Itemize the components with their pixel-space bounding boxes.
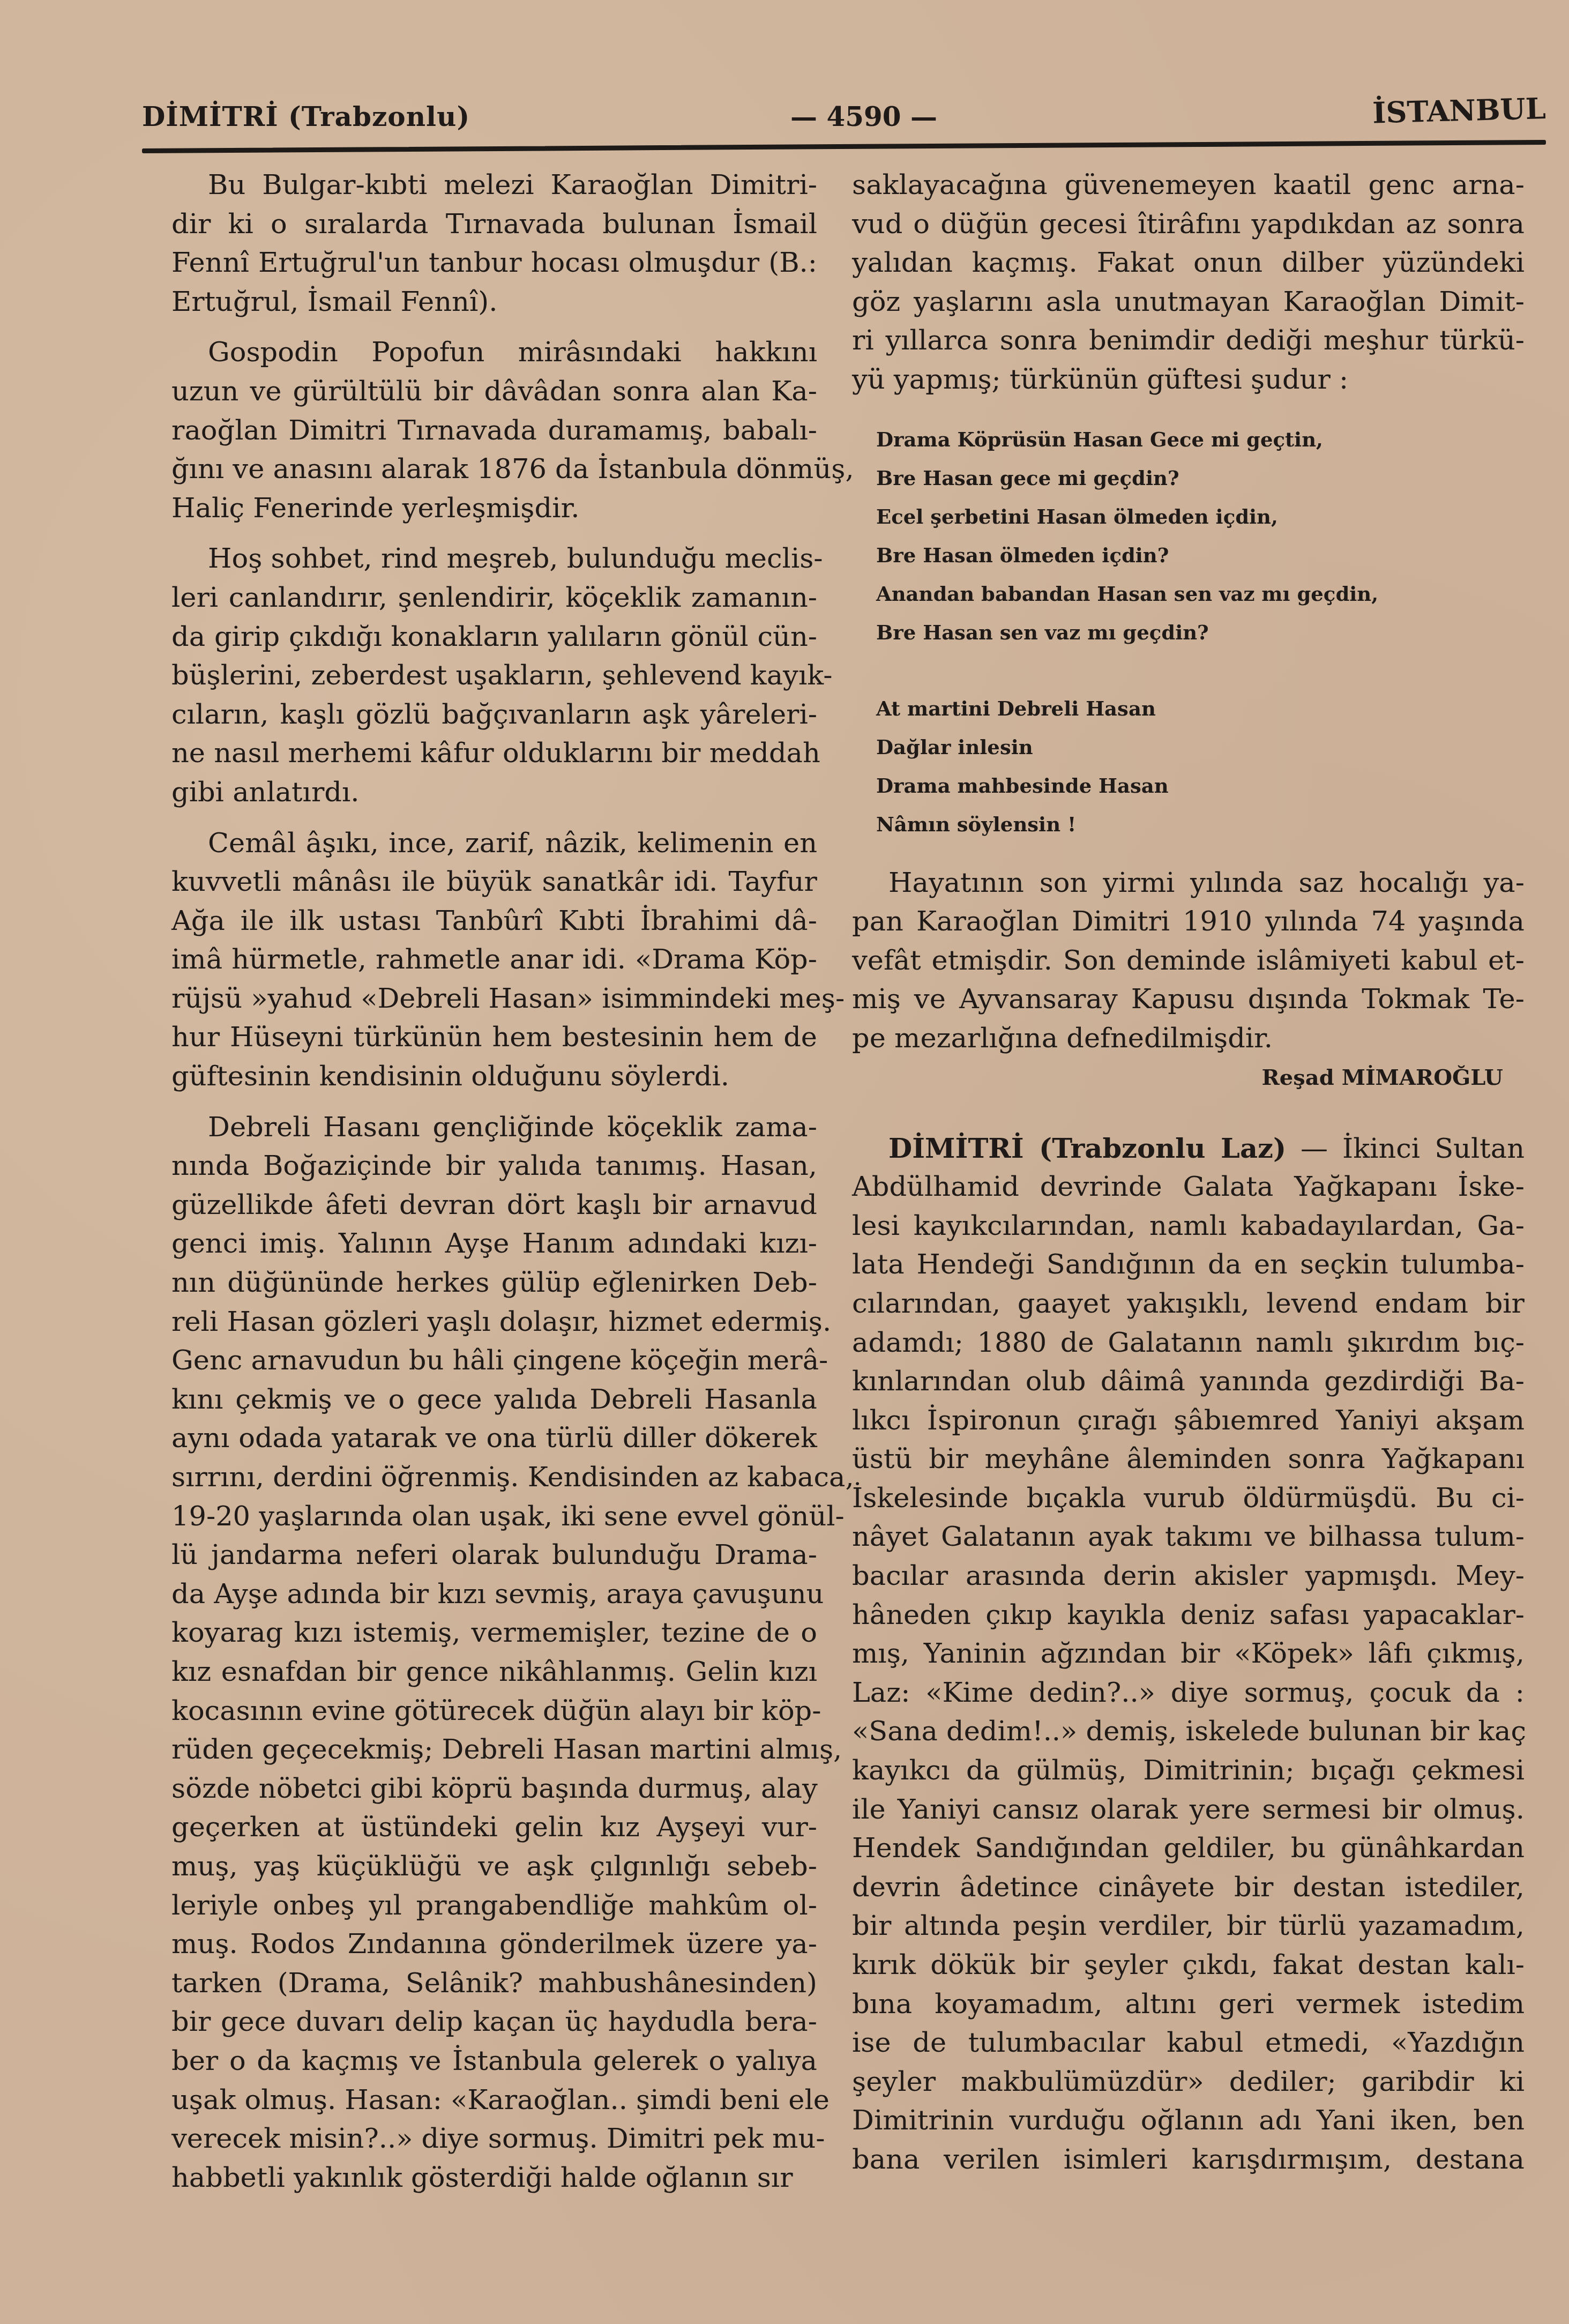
left-column: Bu Bulgar-kıbti melezi Karaoğlan Dimitri… [171,166,817,2198]
text-line: raoğlan Dimitri Tırnavada duramamış, bab… [171,412,817,451]
text-line: da Ayşe adında bir kızı sevmiş, araya ça… [171,1575,817,1614]
paragraph: Cemâl âşıkı, ince, zarif, nâzik, kelimen… [171,824,817,1097]
text-line: leri canlandırır, şenlendirir, köçeklik … [171,579,817,618]
text-line: yalıdan kaçmış. Fakat onun dilber yüzünd… [852,244,1525,283]
text-line: ri yıllarca sonra benimdir dediği meşhur… [852,322,1525,361]
text-line: Hoş sohbet, rind meşreb, bulunduğu mecli… [171,540,817,579]
text-line: kırık dökük bir şeyler çıkdı, fakat dest… [852,1946,1525,1985]
text-line: yü yapmış; türkünün güftesi şudur : [852,361,1525,400]
text-line: kınlarından olub dâimâ yanında gezdirdiğ… [852,1362,1525,1402]
text-line: sözde nöbetci gibi köprü başında durmuş,… [171,1770,817,1809]
author-signature: Reşad MİMAROĞLU [852,1059,1525,1097]
text-line: bana verilen isimleri karışdırmışım, des… [852,2141,1525,2180]
text-line: uzun ve gürültülü bir dâvâdan sonra alan… [171,373,817,412]
verse-line: Anandan babandan Hasan sen vaz mı geçdin… [876,575,1525,613]
verse-line: Drama Köprüsün Hasan Gece mi geçtin, [876,420,1525,459]
text-line: pan Karaoğlan Dimitri 1910 yılında 74 ya… [852,903,1525,942]
text-line: Haliç Fenerinde yerleşmişdir. [171,489,817,528]
verse-stanza-2: At martini Debreli HasanDağlar inlesinDr… [852,689,1525,844]
verse-line: Nâmın söylensin ! [876,805,1525,844]
text-line: kocasının evine götürecek düğün alayı bi… [171,1692,817,1731]
text-line: bacılar arasında derin akisler yapmışdı.… [852,1557,1525,1596]
entry-dimitri-trabzonlu-laz: DİMİTRİ (Trabzonlu Laz) — İkinci Sultan … [852,1129,1525,2180]
text-line: Dimitrinin vurduğu oğlanın adı Yani iken… [852,2102,1525,2141]
text-line: ber o da kaçmış ve İstanbula gelerek o y… [171,2042,817,2081]
text-line: da girip çıkdığı konakların yalıların gö… [171,618,817,657]
text-line: Fennî Ertuğrul'un tanbur hocası olmuşdur… [171,244,817,283]
text-line: kuvvetli mânâsı ile büyük sanatkâr idi. … [171,863,817,902]
text-line: gibi anlatırdı. [171,773,817,813]
text-line: muş. Rodos Zındanına gönderilmek üzere y… [171,1925,817,1964]
entry2-first-line: DİMİTRİ (Trabzonlu Laz) — İkinci Sultan [852,1129,1525,1168]
text-line: Hayatının son yirmi yılında saz hocalığı… [852,864,1525,903]
verse-line: Bre Hasan ölmeden içdin? [876,536,1525,575]
text-line: Abdülhamid devrinde Galata Yağkapanı İsk… [852,1168,1525,1207]
text-line: güftesinin kendisinin olduğunu söylerdi. [171,1057,817,1097]
page-number: — 4590 — [790,101,937,132]
entry2-title: DİMİTRİ (Trabzonlu Laz) [888,1133,1286,1165]
paragraph: Gospodin Popofun mirâsındaki hakkınıuzun… [171,333,817,528]
text-line: tarken (Drama, Selânik? mahbushânesinden… [171,1964,817,2003]
text-line: şeyler makbulümüzdür» dediler; garibdir … [852,2063,1525,2102]
text-line: verecek misin?..» diye sormuş. Dimitri p… [171,2120,817,2159]
text-line: leriyle onbeş yıl prangabendliğe mahkûm … [171,1887,817,1926]
text-line: ile Yaniyi cansız olarak yere sermesi bi… [852,1791,1525,1830]
text-line: dir ki o sıralarda Tırnavada bulunan İsm… [171,205,817,244]
paragraph: Debreli Hasanı gençliğinde köçeklik zama… [171,1108,817,2198]
text-line: Ağa ile ilk ustası Tanbûrî Kıbti İbrahim… [171,902,817,941]
text-line: Genc arnavudun bu hâli çingene köçeğin m… [171,1342,817,1381]
text-line: nâyet Galatanın ayak takımı ve bilhassa … [852,1518,1525,1557]
text-line: lıkcı İspironun çırağı şâbıemred Yaniyi … [852,1402,1525,1441]
paragraph: Bu Bulgar-kıbti melezi Karaoğlan Dimitri… [171,166,817,322]
text-line: «Sana dedim!..» demiş, iskelede bulunan … [852,1712,1525,1752]
verse-line: Bre Hasan gece mi geçdin? [876,459,1525,497]
text-line: ğını ve anasını alarak 1876 da İstanbula… [171,450,817,489]
text-line: koyarag kızı istemiş, vermemişler, tezin… [171,1614,817,1653]
text-line: vefât etmişdir. Son deminde islâmiyeti k… [852,942,1525,981]
text-line: Laz: «Kime dedin?..» diye sormuş, çocuk … [852,1674,1525,1713]
text-line: saklayacağına güvenemeyen kaatil genc ar… [852,166,1525,205]
text-line: güzellikde âfeti devran dört kaşlı bir a… [171,1186,817,1225]
text-line: adamdı; 1880 de Galatanın namlı şıkırdım… [852,1324,1525,1363]
paragraph: Hoş sohbet, rind meşreb, bulunduğu mecli… [171,540,817,812]
text-line: mış, Yaninin ağzından bir «Köpek» lâfı ç… [852,1635,1525,1674]
text-line: miş ve Ayvansaray Kapusu dışında Tokmak … [852,980,1525,1019]
text-line: bına koyamadım, altını geri vermek isted… [852,1985,1525,2024]
text-line: imâ hürmetle, rahmetle anar idi. «Drama … [171,941,817,980]
text-line: cıların, kaşlı gözlü bağçıvanların aşk y… [171,696,817,735]
text-line: hur Hüseyni türkünün hem bestesinin hem … [171,1018,817,1057]
verse-stanza-1: Drama Köprüsün Hasan Gece mi geçtin,Bre … [852,420,1525,652]
text-line: reli Hasan gözleri yaşlı dolaşır, hizmet… [171,1303,817,1342]
closing-paragraph: Hayatının son yirmi yılında saz hocalığı… [852,864,1525,1059]
text-line: nında Boğaziçinde bir yalıda tanımış. Ha… [171,1147,817,1186]
text-line: rüjsü »yahud «Debreli Hasan» isimmindeki… [171,980,817,1019]
right-intro-paragraph: saklayacağına güvenemeyen kaatil genc ar… [852,166,1525,400]
text-line: aynı odada yatarak ve ona türlü diller d… [171,1419,817,1458]
text-line: ne nasıl merhemi kâfur olduklarını bir m… [171,734,817,773]
text-line: İskelesinde bıçakla vurub öldürmüşdü. Bu… [852,1479,1525,1518]
text-line: geçerken at üstündeki gelin kız Ayşeyi v… [171,1808,817,1848]
text-line: bir gece duvarı delip kaçan üç haydudla … [171,2003,817,2042]
text-line: rüden geçecekmiş; Debreli Hasan martini … [171,1731,817,1770]
text-line: kız esnafdan bir gence nikâhlanmış. Geli… [171,1653,817,1692]
text-line: hâneden çıkıp kayıkla deniz safası yapac… [852,1596,1525,1635]
text-line: 19-20 yaşlarında olan uşak, iki sene evv… [171,1498,817,1537]
text-line: Cemâl âşıkı, ince, zarif, nâzik, kelimen… [171,824,817,863]
text-line: cılarından, gaayet yakışıklı, levend end… [852,1285,1525,1324]
text-line: büşlerini, zeberdest uşakların, şehleven… [171,657,817,696]
text-line: bir altında peşin verdiler, bir türlü ya… [852,1907,1525,1946]
text-line: kayıkcı da gülmüş, Dimitrinin; bıçağı çe… [852,1752,1525,1791]
text-line: Hendek Sandığından geldiler, bu günâhkar… [852,1829,1525,1868]
text-line: genci imiş. Yalının Ayşe Hanım adındaki … [171,1225,817,1264]
text-line: pe mezarlığına defnedilmişdir. [852,1019,1525,1059]
text-line: Debreli Hasanı gençliğinde köçeklik zama… [171,1108,817,1148]
text-line: Ertuğrul, İsmail Fennî). [171,283,817,322]
text-line: göz yaşlarını asla unutmayan Karaoğlan D… [852,283,1525,322]
text-line: nın düğününde herkes gülüp eğlenirken De… [171,1264,817,1303]
verse-line: Dağlar inlesin [876,728,1525,766]
text-line: muş, yaş küçüklüğü ve aşk çılgınlığı seb… [171,1848,817,1887]
text-line: devrin âdetince cinâyete bir destan iste… [852,1868,1525,1908]
text-line: lü jandarma neferi olarak bulunduğu Dram… [171,1536,817,1575]
text-line: habbetli yakınlık gösterdiği halde oğlan… [171,2159,817,2198]
header-entry-title: DİMİTRİ (Trabzonlu) [142,101,470,132]
right-column: saklayacağına güvenemeyen kaatil genc ar… [852,166,1525,2180]
text-line: sırrını, derdini öğrenmiş. Kendisinden a… [171,1458,817,1498]
text-line: uşak olmuş. Hasan: «Karaoğlan.. şimdi be… [171,2081,817,2120]
entry2-title-rest: — İkinci Sultan [1286,1133,1525,1165]
header-volume-title: İSTANBUL [1372,91,1546,130]
book-page: DİMİTRİ (Trabzonlu) — 4590 — İSTANBUL Bu… [0,0,1569,2324]
text-line: lesi kayıkcılarından, namlı kabadayılard… [852,1207,1525,1246]
verse-line: Drama mahbesinde Hasan [876,766,1525,805]
text-line: kını çekmiş ve o gece yalıda Debreli Has… [171,1381,817,1420]
text-line: ise de tulumbacılar kabul etmedi, «Yazdı… [852,2024,1525,2063]
text-line: üstü bir meyhâne âleminden sonra Yağkapa… [852,1440,1525,1479]
text-line: vud o düğün gecesi îtirâfını yapdıkdan a… [852,205,1525,244]
text-line: Gospodin Popofun mirâsındaki hakkını [171,333,817,373]
text-line: lata Hendeği Sandığının da en seçkin tul… [852,1246,1525,1285]
verse-line: Ecel şerbetini Hasan ölmeden içdin, [876,497,1525,536]
text-line: Bu Bulgar-kıbti melezi Karaoğlan Dimitri… [171,166,817,205]
verse-line: At martini Debreli Hasan [876,689,1525,728]
verse-line: Bre Hasan sen vaz mı geçdin? [876,613,1525,652]
